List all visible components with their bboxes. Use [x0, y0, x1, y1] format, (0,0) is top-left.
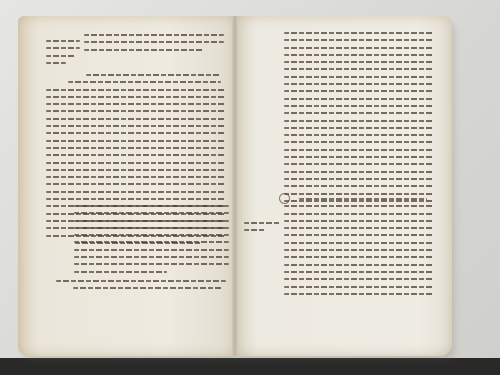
table-edge	[0, 358, 500, 375]
left-header-block	[84, 34, 224, 56]
initial-letter	[279, 193, 290, 204]
right-second-paragraph	[284, 198, 434, 300]
right-margin-note	[244, 222, 280, 237]
left-closing-paragraph	[56, 280, 226, 295]
right-upper-text	[284, 32, 434, 207]
manuscript-photo: Open bound manuscript with handwritten c…	[0, 0, 500, 375]
book-gutter	[232, 16, 238, 356]
left-margin-note	[46, 40, 80, 69]
left-main-text-cont	[74, 205, 229, 278]
